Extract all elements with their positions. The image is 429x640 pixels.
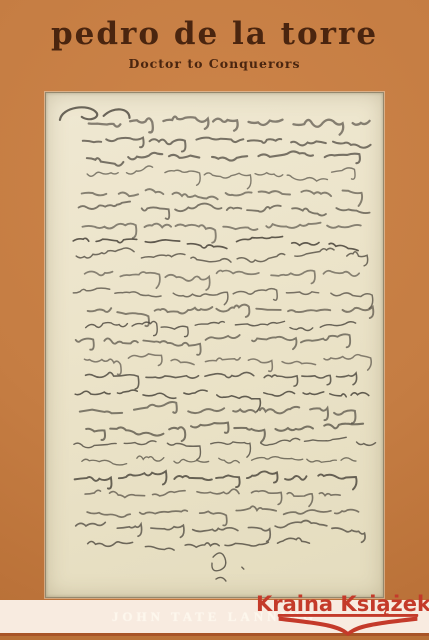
- book-cover: pedro de la torre Doctor to Conquerors J…: [0, 0, 429, 640]
- book-title: pedro de la torre: [0, 18, 429, 51]
- title-block: pedro de la torre Doctor to Conquerors: [0, 18, 429, 71]
- author-band: JOHN TATE LANNING: [0, 600, 429, 636]
- author-name: JOHN TATE LANNING: [112, 609, 317, 625]
- manuscript-handwriting-image: [46, 93, 383, 597]
- notary-rubric-mark: [212, 553, 244, 581]
- manuscript-facsimile: [45, 92, 384, 598]
- book-subtitle: Doctor to Conquerors: [0, 56, 429, 71]
